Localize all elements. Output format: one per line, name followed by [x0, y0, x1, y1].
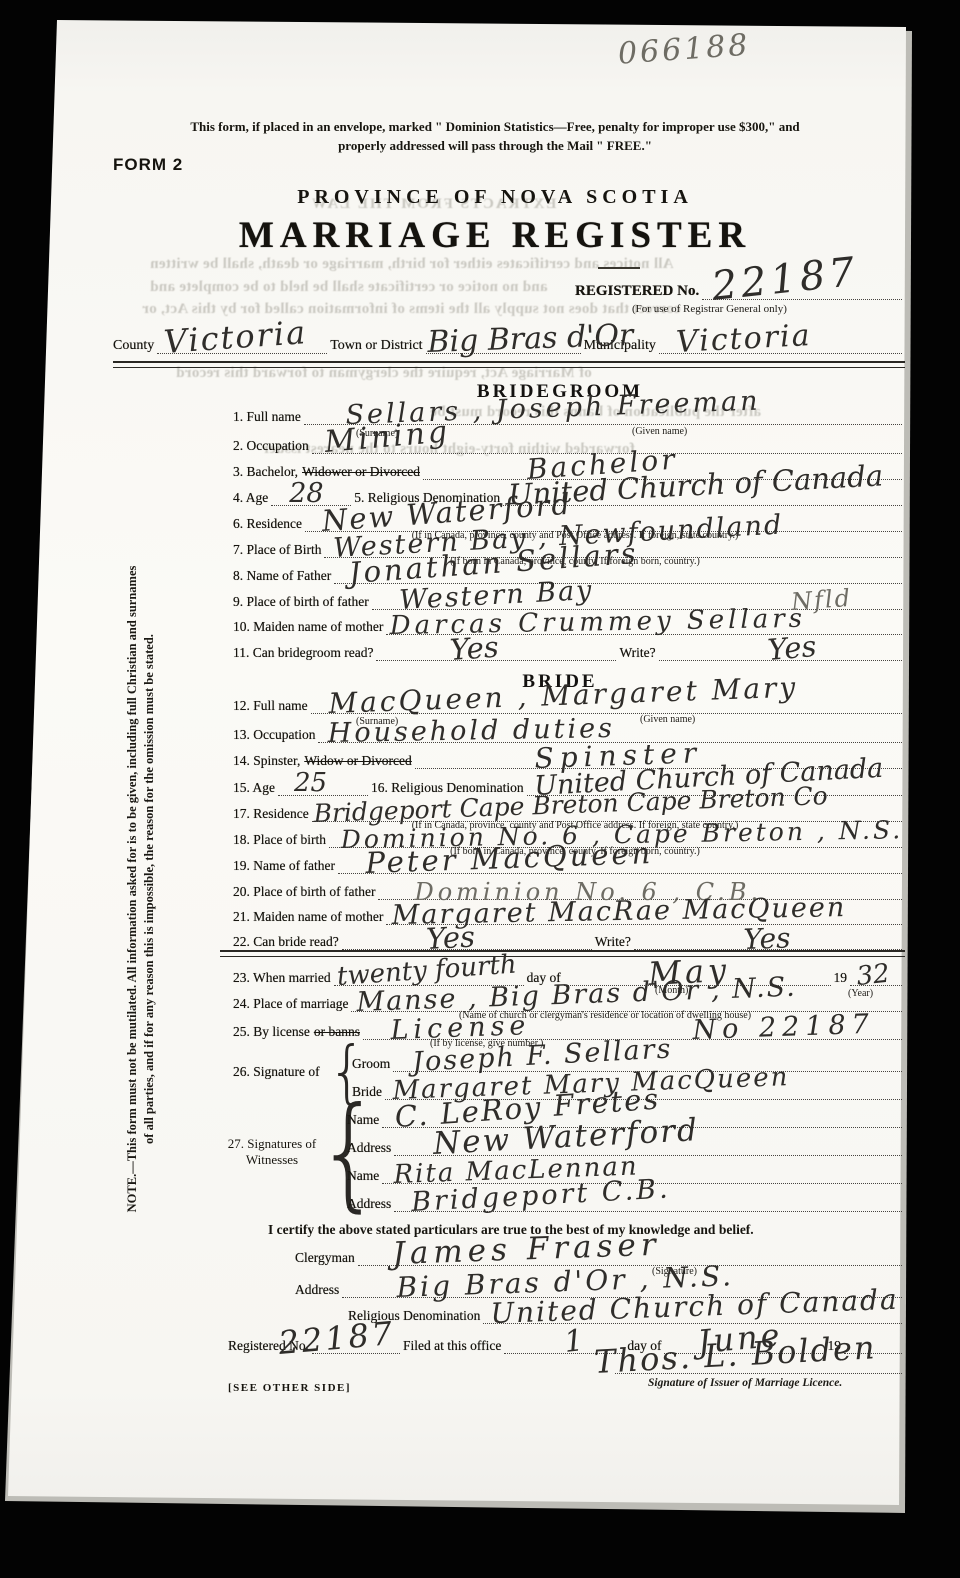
- section-divider: [113, 361, 905, 368]
- field-label: Clergyman: [295, 1250, 355, 1266]
- field-label: 18. Place of birth: [233, 832, 326, 848]
- field-label: 17. Residence: [233, 806, 309, 822]
- handwritten-value: 32: [855, 961, 891, 990]
- witnesses-label: 27. Signatures of Witnesses: [222, 1136, 322, 1168]
- bride-father-row: 19. Name of father Peter MacQueen: [233, 858, 905, 874]
- groom-read-write-row: 11. Can bridegroom read? Yes Write? Yes: [233, 645, 905, 661]
- section-divider: [220, 950, 905, 957]
- field-label: 15. Age: [233, 780, 275, 796]
- mail-notice-line1: This form, if placed in an envelope, mar…: [150, 117, 840, 136]
- field-label: 25. By license: [233, 1024, 310, 1040]
- registered-no-row: REGISTERED No. 22187: [575, 283, 905, 300]
- filed-day-value: 1: [563, 1326, 585, 1358]
- field-label: 6. Residence: [233, 516, 302, 532]
- given-name-note: (Given name): [640, 714, 695, 725]
- handwritten-value: 25: [294, 770, 327, 796]
- field-label: Address: [295, 1282, 339, 1298]
- field-label: Filed at this office: [403, 1338, 501, 1354]
- handwritten-value: No 22187: [692, 1011, 875, 1044]
- field-label: Name: [347, 1168, 379, 1184]
- handwritten-value: Peter MacQueen: [365, 839, 654, 878]
- margin-note: NOTE.—This form must not be mutilated. A…: [124, 564, 158, 1214]
- groom-fullname-row: 1. Full name Sellars , Joseph Freeman: [233, 409, 905, 425]
- signature-of-label: 26. Signature of: [233, 1064, 320, 1080]
- handwritten-value: Mining: [323, 417, 451, 458]
- field-label: 1. Full name: [233, 409, 301, 425]
- field-label: 24. Place of marriage: [233, 996, 348, 1012]
- registered-no-value: 22187: [277, 1317, 396, 1359]
- field-label: 13. Occupation: [233, 727, 315, 743]
- town-label: Town or District: [330, 338, 422, 354]
- bride-mother-row: 21. Maiden name of mother Margaret MacRa…: [233, 909, 905, 925]
- bleed-through-text: All notices and certificates either for …: [150, 256, 674, 273]
- field-label: 11. Can bridegroom read?: [233, 645, 373, 661]
- form-number-label: FORM 2: [113, 155, 183, 175]
- field-label: 14. Spinster,: [233, 753, 300, 769]
- county-row: County Victoria Town or District Big Bra…: [113, 338, 905, 354]
- municipality-value: Victoria: [675, 321, 812, 358]
- field-label-struck: Widow or Divorced: [304, 753, 411, 769]
- field-label: 22. Can bride read?: [233, 934, 339, 950]
- field-label: 20. Place of birth of father: [233, 884, 375, 900]
- bleed-through-text: correct that does not supply all the ite…: [142, 301, 681, 318]
- title-flourish: [598, 267, 640, 269]
- issuer-signature-row: Thos. L. Bolden: [612, 1368, 905, 1374]
- town-value: Big Bras d'Or: [427, 321, 634, 358]
- document-title: MARRIAGE REGISTER: [150, 214, 840, 257]
- handwritten-value: Yes: [449, 633, 500, 665]
- county-label: County: [113, 338, 154, 354]
- bleed-through-text: and no notice or certificate shall be he…: [150, 279, 548, 296]
- bleed-through-text: of Marriage Act, require the clergyman t…: [176, 365, 592, 382]
- see-other-side-label: [SEE OTHER SIDE]: [228, 1382, 351, 1394]
- field-label: Write?: [619, 645, 655, 661]
- handwritten-value: 28: [289, 480, 323, 507]
- field-label: Address: [347, 1140, 391, 1156]
- witnesses-label-line2: Witnesses: [222, 1152, 322, 1168]
- field-label: 23. When married: [233, 970, 331, 986]
- field-label: 7. Place of Birth: [233, 542, 321, 558]
- province-title: PROVINCE OF NOVA SCOTIA: [150, 186, 840, 209]
- bride-read-write-row: 22. Can bride read? Yes Write? Yes: [233, 934, 905, 950]
- field-label: Groom: [352, 1056, 390, 1072]
- field-label: 21. Maiden name of mother: [233, 909, 383, 925]
- field-label: 10. Maiden name of mother: [233, 619, 383, 635]
- field-label: 19. Name of father: [233, 858, 335, 874]
- bride-fullname-row: 12. Full name MacQueen , Margaret Mary: [233, 698, 905, 714]
- witness2-address-row: Address Bridgeport C.B.: [347, 1196, 905, 1212]
- field-label: 19: [834, 970, 848, 986]
- mail-notice-line2: properly addressed will pass through the…: [150, 136, 840, 155]
- handwritten-value: Yes: [766, 632, 817, 665]
- issuer-label: Signature of Issuer of Marriage Licence.: [648, 1377, 842, 1389]
- county-value: Victoria: [163, 316, 308, 358]
- field-label: 9. Place of birth of father: [233, 594, 369, 610]
- given-name-note: (Given name): [632, 426, 687, 437]
- field-label: 12. Full name: [233, 698, 308, 714]
- witnesses-label-line1: 27. Signatures of: [222, 1136, 322, 1152]
- field-label: 2. Occupation: [233, 438, 309, 454]
- mail-notice: This form, if placed in an envelope, mar…: [150, 117, 840, 155]
- field-label: Write?: [595, 934, 631, 950]
- clergyman-denomination-row: Religious Denomination United Church of …: [348, 1308, 905, 1324]
- registrar-note: (For use of Registrar General only): [632, 303, 787, 315]
- field-label: 8. Name of Father: [233, 568, 331, 584]
- registered-no-label: REGISTERED No.: [575, 283, 699, 300]
- field-label: Address: [347, 1196, 391, 1212]
- field-label: 4. Age: [233, 490, 268, 506]
- field-label: Name: [347, 1112, 379, 1128]
